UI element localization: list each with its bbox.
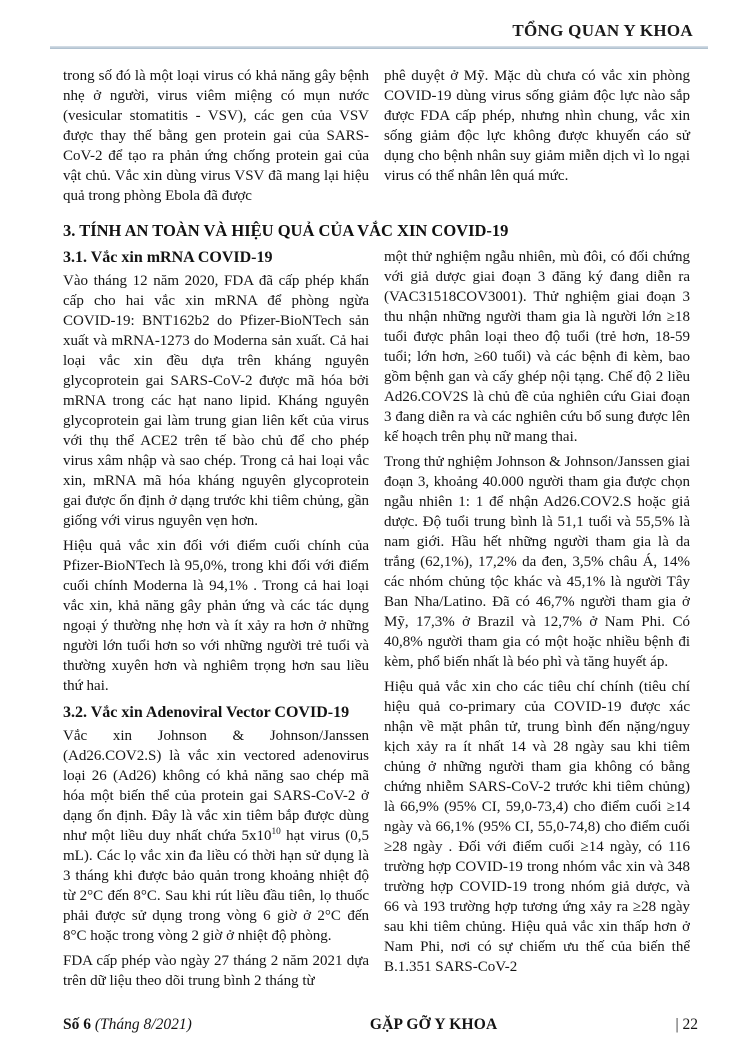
header-rule (50, 46, 708, 49)
page-footer: Số 6 (Tháng 8/2021) GẶP GỠ Y KHOA | 22 (63, 1015, 698, 1035)
section-heading-3: 3. TÍNH AN TOÀN VÀ HIỆU QUẢ CỦA VẮC XIN … (63, 219, 690, 242)
footer-page-number: | 22 (676, 1015, 698, 1035)
intro-right-column: phê duyệt ở Mỹ. Mặc dù chưa có vắc xin p… (384, 66, 690, 206)
paragraph-trial-design: một thử nghiệm ngẫu nhiên, mù đôi, có đố… (384, 247, 690, 447)
footer-date: (Tháng 8/2021) (95, 1016, 192, 1033)
main-columns: 3.1. Vắc xin mRNA COVID-19 Vào tháng 12 … (63, 247, 690, 1009)
adenoviral-text-after-exponent: hạt virus (0,5 mL). Các lọ vắc xin đa li… (63, 828, 369, 944)
paragraph-vaccine-efficacy: Hiệu quả vắc xin cho các tiêu chí chính … (384, 677, 690, 977)
document-page: TỔNG QUAN Y KHOA trong số đó là một loại… (0, 0, 750, 1061)
page-content: trong số đó là một loại virus có khả năn… (63, 66, 690, 1009)
main-right-column: một thử nghiệm ngẫu nhiên, mù đôi, có đố… (384, 247, 690, 1009)
intro-left-column: trong số đó là một loại virus có khả năn… (63, 66, 369, 206)
intro-columns: trong số đó là một loại virus có khả năn… (63, 66, 690, 206)
paragraph-trial-demographics: Trong thử nghiệm Johnson & Johnson/Janss… (384, 452, 690, 672)
adenoviral-text-before-exponent: Vắc xin Johnson & Johnson/Janssen (Ad26.… (63, 728, 369, 844)
subsection-heading-3-1: 3.1. Vắc xin mRNA COVID-19 (63, 247, 369, 268)
paragraph-fda-approval: FDA cấp phép vào ngày 27 tháng 2 năm 202… (63, 951, 369, 991)
paragraph-adenoviral-overview: Vắc xin Johnson & Johnson/Janssen (Ad26.… (63, 726, 369, 946)
intro-left-paragraph: trong số đó là một loại virus có khả năn… (63, 66, 369, 206)
subsection-heading-3-2: 3.2. Vắc xin Adenoviral Vector COVID-19 (63, 702, 369, 723)
exponent-superscript: 10 (272, 827, 281, 837)
footer-issue: Số 6 (63, 1016, 91, 1033)
journal-section-title: TỔNG QUAN Y KHOA (512, 21, 693, 40)
paragraph-mrna-efficacy: Hiệu quả vắc xin đối với điểm cuối chính… (63, 536, 369, 696)
intro-right-paragraph: phê duyệt ở Mỹ. Mặc dù chưa có vắc xin p… (384, 66, 690, 186)
footer-journal-title: GẶP GỠ Y KHOA (370, 1015, 498, 1035)
footer-issue-info: Số 6 (Tháng 8/2021) (63, 1015, 192, 1035)
page-header: TỔNG QUAN Y KHOA (50, 0, 693, 42)
main-left-column: 3.1. Vắc xin mRNA COVID-19 Vào tháng 12 … (63, 247, 369, 1009)
paragraph-mrna-overview: Vào tháng 12 năm 2020, FDA đã cấp phép k… (63, 271, 369, 531)
